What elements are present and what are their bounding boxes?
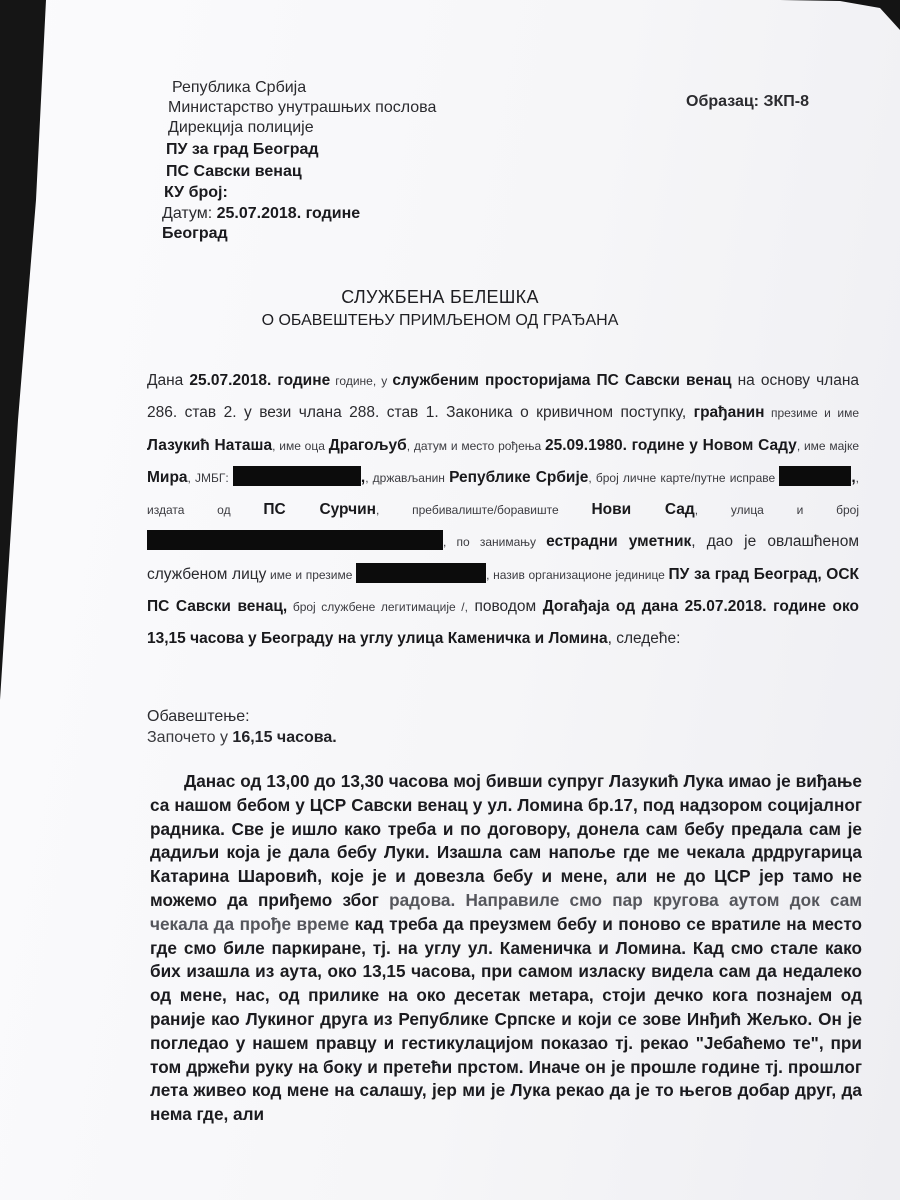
notice-start-time: Започето у 16,15 часова. — [147, 729, 337, 747]
notice-label: Обавештење: — [147, 708, 250, 726]
redaction-jmbg — [233, 466, 361, 486]
form-code: Образац: ЗКП-8 — [686, 93, 809, 111]
statement-paragraph: Данас од 13,00 до 13,30 часова мој бивши… — [150, 770, 862, 1127]
document-subtitle: О ОБАВЕШТЕЊУ ПРИМЉЕНОМ ОД ГРАЂАНА — [0, 312, 880, 330]
header-case-number: КУ број: — [164, 183, 228, 202]
header-directorate: Дирекција полиције — [168, 118, 314, 137]
date-value: 25.07.2018. године — [217, 205, 361, 222]
date-label: Датум: — [162, 205, 212, 222]
header-ministry: Министарство унутрашњих послова — [168, 98, 436, 117]
header-police-dept: ПУ за град Београд — [166, 140, 319, 159]
header-republic: Република Србија — [172, 78, 306, 97]
header-station: ПС Савски венац — [166, 162, 302, 181]
header-date: Датум: 25.07.2018. године — [162, 204, 360, 223]
document-title: СЛУЖБЕНА БЕЛЕШКА — [0, 287, 880, 308]
redaction-address — [147, 530, 443, 550]
header-city: Београд — [162, 224, 228, 243]
intro-paragraph: Дана 25.07.2018. године године, у службе… — [147, 365, 859, 656]
redaction-officer-name — [356, 563, 486, 583]
redaction-id-number — [779, 466, 851, 486]
